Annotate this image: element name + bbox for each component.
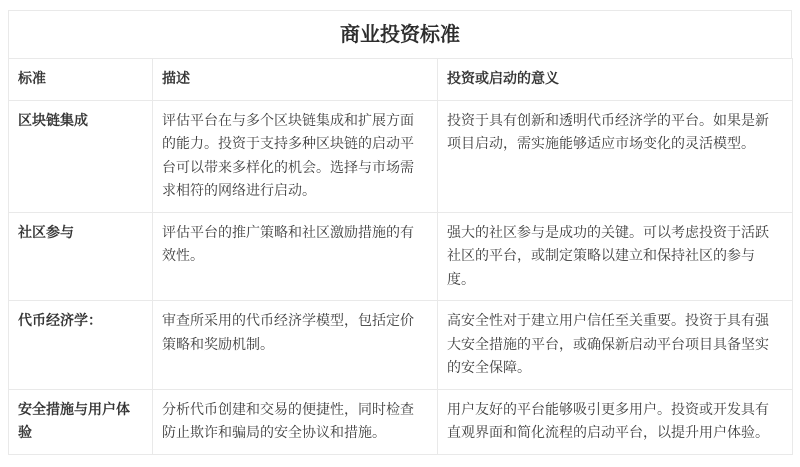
significance-cell: 强大的社区参与是成功的关键。可以考虑投资于活跃社区的平台，或制定策略以建立和保持… bbox=[438, 212, 793, 301]
significance-cell: 高安全性对于建立用户信任至关重要。投资于具有强大安全措施的平台，或确保新启动平台… bbox=[438, 301, 793, 390]
table-row: 代币经济学： 审查所采用的代币经济学模型，包括定价策略和奖励机制。 高安全性对于… bbox=[9, 301, 793, 390]
description-cell: 评估平台在与多个区块链集成和扩展方面的能力。投资于支持多种区块链的启动平台可以带… bbox=[153, 100, 438, 212]
description-cell: 分析代币创建和交易的便捷性，同时检查防止欺诈和骗局的安全协议和措施。 bbox=[153, 389, 438, 454]
table-row: 社区参与 评估平台的推广策略和社区激励措施的有效性。 强大的社区参与是成功的关键… bbox=[9, 212, 793, 301]
page: 商业投资标准 标准 描述 投资或启动的意义 区块链集成 评估平台在与多个区块链集… bbox=[0, 0, 800, 467]
criterion-cell: 区块链集成 bbox=[9, 100, 153, 212]
criterion-cell: 代币经济学： bbox=[9, 301, 153, 390]
description-cell: 评估平台的推广策略和社区激励措施的有效性。 bbox=[153, 212, 438, 301]
table-row: 区块链集成 评估平台在与多个区块链集成和扩展方面的能力。投资于支持多种区块链的启… bbox=[9, 100, 793, 212]
significance-cell: 用户友好的平台能够吸引更多用户。投资或开发具有直观界面和简化流程的启动平台，以提… bbox=[438, 389, 793, 454]
header-criterion: 标准 bbox=[9, 59, 153, 101]
table-title: 商业投资标准 bbox=[8, 10, 792, 58]
table-row: 安全措施与用户体验 分析代币创建和交易的便捷性，同时检查防止欺诈和骗局的安全协议… bbox=[9, 389, 793, 454]
criteria-table: 标准 描述 投资或启动的意义 区块链集成 评估平台在与多个区块链集成和扩展方面的… bbox=[8, 58, 793, 455]
significance-cell: 投资于具有创新和透明代币经济学的平台。如果是新项目启动，需实施能够适应市场变化的… bbox=[438, 100, 793, 212]
header-significance: 投资或启动的意义 bbox=[438, 59, 793, 101]
criterion-cell: 安全措施与用户体验 bbox=[9, 389, 153, 454]
description-cell: 审查所采用的代币经济学模型，包括定价策略和奖励机制。 bbox=[153, 301, 438, 390]
header-row: 标准 描述 投资或启动的意义 bbox=[9, 59, 793, 101]
criterion-cell: 社区参与 bbox=[9, 212, 153, 301]
header-description: 描述 bbox=[153, 59, 438, 101]
